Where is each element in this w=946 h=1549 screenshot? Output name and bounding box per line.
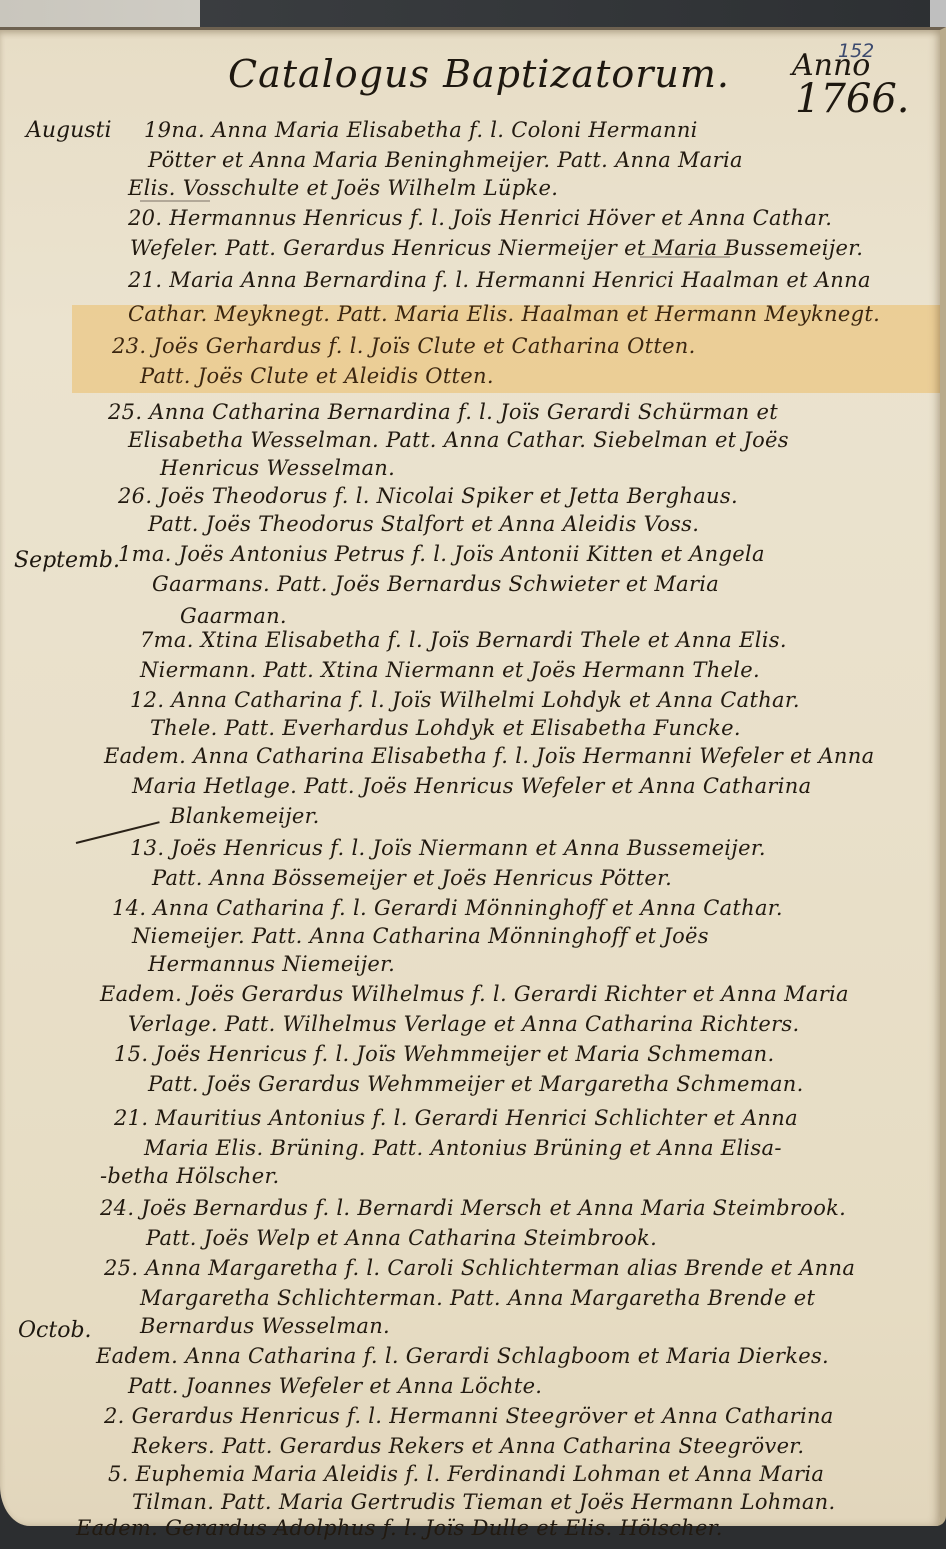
entry-line: 21. Mauritius Antonius f. l. Gerardi Hen… [114, 1106, 798, 1130]
year-label: 1766. [795, 76, 910, 122]
entry-line: Gaarmans. Patt. Joës Bernardus Schwieter… [152, 572, 719, 596]
entry-line: 15. Joës Henricus f. l. Joïs Wehmmeijer … [114, 1042, 774, 1066]
pencil-underline-mark [640, 256, 730, 258]
entry-line: 24. Joës Bernardus f. l. Bernardi Mersch… [100, 1196, 846, 1220]
entry-line: 7ma. Xtina Elisabetha f. l. Joïs Bernard… [140, 628, 787, 652]
entry-line: Niemeijer. Patt. Anna Catharina Mönningh… [132, 924, 709, 948]
entry-line: Hermannus Niemeijer. [148, 952, 395, 976]
entry-line: 14. Anna Catharina f. l. Gerardi Mönning… [112, 896, 783, 920]
entry-line: Niermann. Patt. Xtina Niermann et Joës H… [140, 658, 760, 682]
entry-line: Rekers. Patt. Gerardus Rekers et Anna Ca… [132, 1434, 804, 1458]
entry-line-highlighted: Cathar. Meyknegt. Patt. Maria Elis. Haal… [128, 302, 880, 326]
entry-line: Thele. Patt. Everhardus Lohdyk et Elisab… [150, 716, 741, 740]
entry-line: Elis. Vosschulte et Joës Wilhelm Lüpke. [128, 176, 558, 200]
entry-line: 12. Anna Catharina f. l. Joïs Wilhelmi L… [130, 688, 800, 712]
entry-line: 1ma. Joës Antonius Petrus f. l. Joïs Ant… [118, 542, 765, 566]
entry-line-highlighted: Patt. Joës Clute et Aleidis Otten. [140, 364, 494, 388]
entry-line: Patt. Joës Theodorus Stalfort et Anna Al… [148, 512, 699, 536]
entry-line: Wefeler. Patt. Gerardus Henricus Niermei… [130, 236, 863, 260]
entry-line: Gaarman. [180, 604, 287, 628]
scanner-background-strip [0, 0, 946, 28]
entry-line: 21. Maria Anna Bernardina f. l. Hermanni… [128, 268, 871, 292]
page-title: Catalogus Baptizatorum. [228, 52, 730, 96]
entry-line: Maria Hetlage. Patt. Joës Henricus Wefel… [132, 774, 811, 798]
entry-line: Eadem. Anna Catharina Elisabetha f. l. J… [104, 744, 874, 768]
entry-line: Patt. Joës Welp et Anna Catharina Steimb… [146, 1226, 657, 1250]
margin-month-october: Octob. [18, 1318, 92, 1343]
entry-line: Margaretha Schlichterman. Patt. Anna Mar… [140, 1286, 815, 1310]
entry-line: Eadem. Joës Gerardus Wilhelmus f. l. Ger… [100, 982, 849, 1006]
entry-line: 13. Joës Henricus f. l. Joïs Niermann et… [130, 836, 766, 860]
entry-line: Eadem. Anna Catharina f. l. Gerardi Schl… [96, 1344, 829, 1368]
entry-line-highlighted: 23. Joës Gerhardus f. l. Joïs Clute et C… [112, 334, 696, 358]
entry-line: 25. Anna Margaretha f. l. Caroli Schlich… [104, 1256, 855, 1280]
entry-line: Elisabetha Wesselman. Patt. Anna Cathar.… [128, 428, 789, 452]
entry-line: Patt. Joannes Wefeler et Anna Löchte. [128, 1374, 542, 1398]
pencil-underline-mark [140, 200, 210, 202]
entry-line: Blankemeijer. [170, 804, 320, 828]
entry-line: Pötter et Anna Maria Beninghmeijer. Patt… [148, 148, 743, 172]
entry-line: Henricus Wesselman. [160, 456, 395, 480]
entry-line: 2. Gerardus Henricus f. l. Hermanni Stee… [104, 1404, 834, 1428]
margin-month-september: Septemb. [14, 548, 120, 573]
entry-line: 19na. Anna Maria Elisabetha f. l. Coloni… [144, 118, 698, 142]
entry-line: Tilman. Patt. Maria Gertrudis Tieman et … [132, 1490, 835, 1514]
entry-line: Bernardus Wesselman. [140, 1314, 390, 1338]
entry-line: 26. Joës Theodorus f. l. Nicolai Spiker … [118, 484, 738, 508]
margin-month-august: Augusti [26, 118, 111, 143]
entry-line: 25. Anna Catharina Bernardina f. l. Joïs… [108, 400, 778, 424]
entry-line: Patt. Anna Bössemeijer et Joës Henricus … [152, 866, 672, 890]
entry-line: -betha Hölscher. [100, 1164, 280, 1188]
entry-line: 20. Hermannus Henricus f. l. Joïs Henric… [128, 206, 832, 230]
entry-line: 5. Euphemia Maria Aleidis f. l. Ferdinan… [108, 1462, 824, 1486]
entry-line: Eadem. Gerardus Adolphus f. l. Joïs Dull… [76, 1516, 723, 1540]
entry-line: Patt. Joës Gerardus Wehmmeijer et Margar… [148, 1072, 804, 1096]
entry-line: Verlage. Patt. Wilhelmus Verlage et Anna… [128, 1012, 799, 1036]
entry-line: Maria Elis. Brüning. Patt. Antonius Brün… [144, 1136, 782, 1160]
